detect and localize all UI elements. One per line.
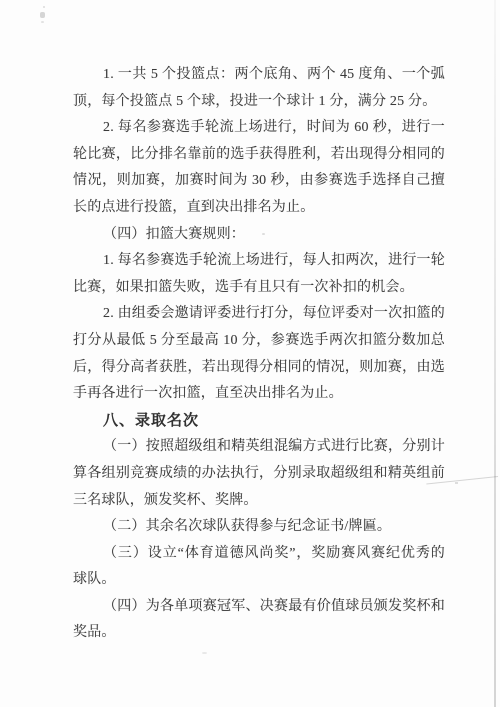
text-line: 三名球队，颁发奖杯、奖牌。 [73, 488, 445, 515]
scan-speck [43, 6, 45, 8]
text-line: 球队。 [73, 567, 445, 594]
text-line: 1. 一共 5 个投篮点：两个底角、两个 45 度角、一个弧 [73, 62, 445, 89]
text-line: 后，得分高者获胜，若出现得分相同的情况，则加赛，由选 [73, 355, 445, 382]
text-line: 顶，每个投篮点 5 个球，投进一个球计 1 分，满分 25 分。 [73, 89, 445, 116]
text-line: （四）扣篮大赛规则： [73, 222, 445, 249]
text-line: 2. 每名参赛选手轮流上场进行，时间为 60 秒，进行一 [73, 115, 445, 142]
scanned-document-page: 1. 一共 5 个投篮点：两个底角、两个 45 度角、一个弧顶，每个投篮点 5 … [0, 0, 500, 707]
scan-page-edge-line [494, 0, 496, 707]
text-line: 轮比赛，比分排名靠前的选手获得胜利，若出现得分相同的 [73, 142, 445, 169]
text-line: 打分从最低 5 分至最高 10 分，参赛选手两次扣篮分数加总 [73, 328, 445, 355]
scan-speck [202, 652, 207, 654]
section-heading: 八、录取名次 [73, 408, 445, 435]
text-line: （二）其余名次球队获得参与纪念证书/牌匾。 [73, 514, 445, 541]
text-line: 算各组别竞赛成绩的办法执行，分别录取超级组和精英组前 [73, 461, 445, 488]
scan-smudge-mark [40, 12, 45, 18]
text-line: （一）按照超级组和精英组混编方式进行比赛，分别计 [73, 434, 445, 461]
scan-speck [262, 233, 265, 235]
text-line: （三）设立“体育道德风尚奖”，奖励赛风赛纪优秀的 [73, 541, 445, 568]
text-line: 2. 由组委会邀请评委进行打分，每位评委对一次扣篮的 [73, 301, 445, 328]
text-line: 手再各进行一次扣篮，直至决出排名为止。 [73, 381, 445, 408]
text-line: 情况，则加赛，加赛时间为 30 秒，由参赛选手选择自己擅 [73, 168, 445, 195]
text-line: （四）为各单项赛冠军、决赛最有价值球员颁发奖杯和 [73, 594, 445, 621]
text-line: 长的点进行投篮，直到决出排名为止。 [73, 195, 445, 222]
text-line: 比赛，如果扣篮失败，选手有且只有一次补扣的机会。 [73, 275, 445, 302]
scan-speck [455, 482, 458, 484]
scan-speck [41, 21, 44, 23]
text-line: 奖品。 [73, 620, 445, 647]
text-line: 1. 每名参赛选手轮流上场进行，每人扣两次，进行一轮 [73, 248, 445, 275]
document-text-block: 1. 一共 5 个投篮点：两个底角、两个 45 度角、一个弧顶，每个投篮点 5 … [73, 62, 445, 647]
